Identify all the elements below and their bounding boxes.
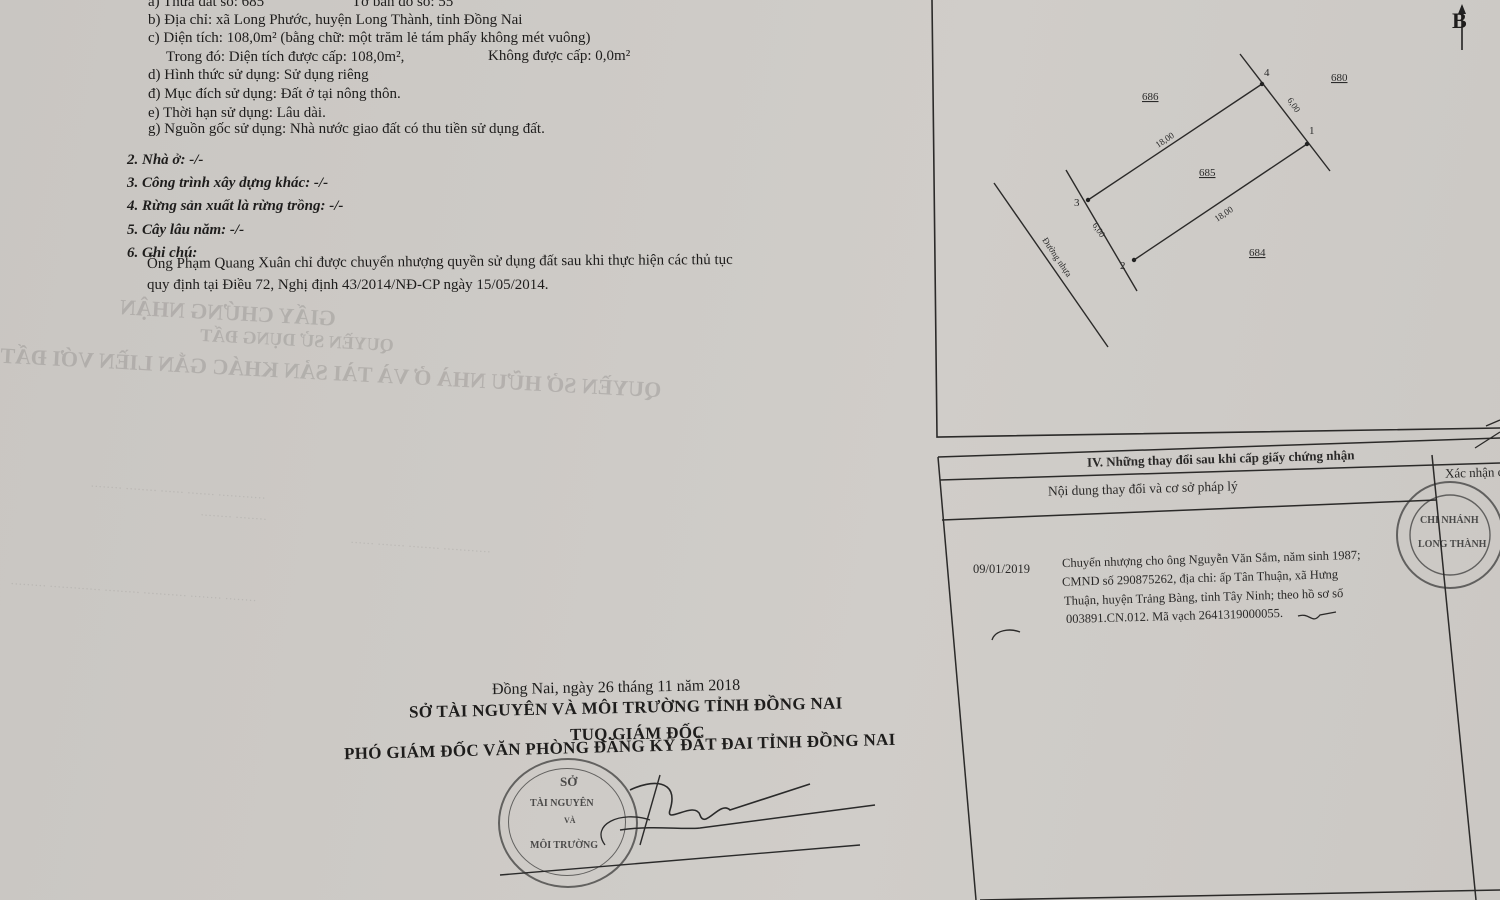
- svg-text:6,00: 6,00: [1285, 96, 1302, 115]
- svg-text:686: 686: [1142, 91, 1159, 103]
- branch-seal: [1397, 482, 1500, 588]
- svg-text:2: 2: [1120, 260, 1126, 272]
- svg-text:680: 680: [1331, 72, 1348, 84]
- svg-text:3: 3: [1074, 197, 1080, 209]
- entry-date: 09/01/2019: [973, 561, 1030, 577]
- branch-seal-text: LONG THÀNH: [1418, 539, 1486, 550]
- svg-text:4: 4: [1264, 67, 1270, 79]
- branch-seal-text: CHI NHÁNH: [1420, 515, 1479, 526]
- svg-text:18,00: 18,00: [1213, 204, 1236, 224]
- svg-text:18,00: 18,00: [1154, 130, 1177, 150]
- col-confirm-header: Xác nhận của cơ quan có thẩm quyền: [1445, 464, 1500, 482]
- svg-text:1: 1: [1309, 125, 1315, 137]
- north-label: B: [1452, 8, 1467, 34]
- changes-table-frame: [938, 438, 1500, 900]
- svg-text:685: 685: [1199, 167, 1216, 179]
- svg-text:684: 684: [1249, 247, 1266, 259]
